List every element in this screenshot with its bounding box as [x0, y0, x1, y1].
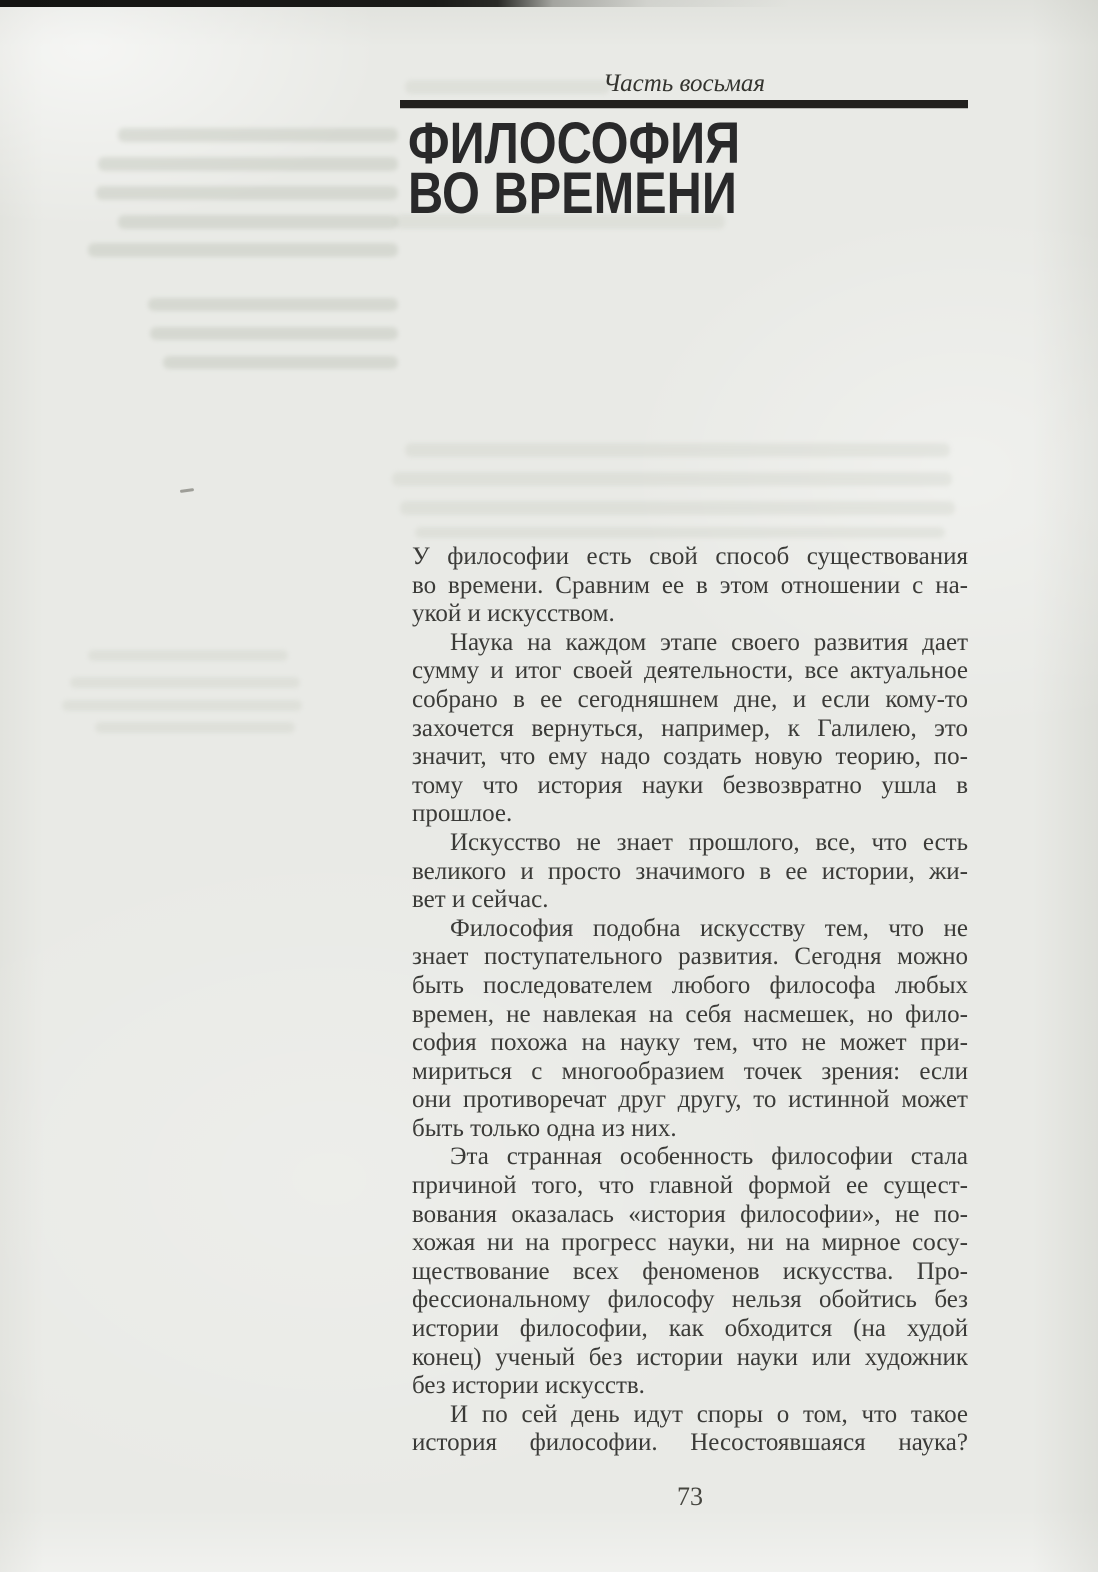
ghost-text-line [70, 677, 300, 688]
text-line: Эта странная особенность философии стала [412, 1143, 968, 1172]
text-line: сумму и итог своей деятельности, все акт… [412, 657, 968, 686]
scanner-edge-band [0, 0, 790, 7]
text-line: хожая ни на прогресс науки, ни на мирное… [412, 1229, 968, 1258]
paragraph: Философия подобна искусству тем, что нез… [412, 915, 968, 1144]
chapter-title: ФИЛОСОФИЯ ВО ВРЕМЕНИ [408, 119, 740, 219]
text-line: И по сей день идут споры о том, что тако… [412, 1401, 968, 1430]
heading-rule [400, 100, 968, 108]
pencil-mark [180, 488, 194, 493]
ghost-text-line [118, 128, 398, 142]
text-line: тому что история науки безвозвратно ушла… [412, 772, 968, 801]
text-line: причиной того, что главной формой ее сущ… [412, 1172, 968, 1201]
text-line: значит, что ему надо создать новую теори… [412, 743, 968, 772]
text-line: быть последователем любого философа любы… [412, 972, 968, 1001]
text-line: без истории искусств. [412, 1372, 968, 1401]
ghost-text-line [95, 722, 295, 733]
page-number: 73 [412, 1482, 968, 1512]
ghost-text-line [392, 472, 952, 486]
text-line: быть только одна из них. [412, 1115, 968, 1144]
body-text: У философии есть свой способ существован… [412, 543, 968, 1458]
text-line: истории философии, как обходится (на худ… [412, 1315, 968, 1344]
ghost-text-line [150, 327, 398, 340]
text-line: во времени. Сравним ее в этом отношении … [412, 572, 968, 601]
paragraph: У философии есть свой способ существован… [412, 543, 968, 629]
text-line: фессиональному философу нельзя обойтись … [412, 1286, 968, 1315]
text-line: вет и сейчас. [412, 886, 968, 915]
text-line: великого и просто значимого в ее истории… [412, 858, 968, 887]
text-line: ществование всех феноменов искусства. Пр… [412, 1258, 968, 1287]
ghost-text-line [98, 157, 398, 171]
text-line: они противоречат друг другу, то истинной… [412, 1086, 968, 1115]
paragraph: Искусство не знает прошлого, все, что ес… [412, 829, 968, 915]
ghost-text-line [148, 298, 398, 311]
ghost-text-line [88, 243, 398, 257]
part-heading: Часть восьмая [400, 70, 968, 97]
text-line: мириться с многообразием точек зрения: е… [412, 1058, 968, 1087]
text-line: захочется вернуться, например, к Галилею… [412, 715, 968, 744]
ghost-text-line [96, 186, 398, 200]
paragraph: Наука на каждом этапе своего развития да… [412, 629, 968, 829]
ghost-text-line [62, 700, 302, 711]
ghost-text-line [400, 501, 955, 515]
text-line: укой и искусством. [412, 600, 968, 629]
text-line: собрано в ее сегодняшнем дне, и если ком… [412, 686, 968, 715]
chapter-title-line-2: ВО ВРЕМЕНИ [408, 169, 740, 219]
text-line: Наука на каждом этапе своего развития да… [412, 629, 968, 658]
text-line: история философии. Несостоявшаяся наука? [412, 1429, 968, 1458]
ghost-text-line [163, 356, 398, 369]
text-line: Философия подобна искусству тем, что не [412, 915, 968, 944]
text-line: вования оказалась «история философии», н… [412, 1201, 968, 1230]
text-line: Искусство не знает прошлого, все, что ес… [412, 829, 968, 858]
ghost-text-line [415, 527, 945, 538]
text-line: У философии есть свой способ существован… [412, 543, 968, 572]
ghost-text-line [405, 443, 950, 457]
text-line: прошлое. [412, 800, 968, 829]
paragraph: И по сей день идут споры о том, что тако… [412, 1401, 968, 1458]
text-line: знает поступательного развития. Сегодня … [412, 943, 968, 972]
text-line: софия похожа на науку тем, что не может … [412, 1029, 968, 1058]
scanned-book-page: Часть восьмая ФИЛОСОФИЯ ВО ВРЕМЕНИ У фил… [0, 0, 1098, 1572]
paragraph: Эта странная особенность философии стала… [412, 1143, 968, 1400]
ghost-text-line [88, 650, 288, 661]
text-line: времен, не навлекая на себя насмешек, но… [412, 1001, 968, 1030]
ghost-text-line [118, 215, 398, 229]
text-line: конец) ученый без истории науки или худо… [412, 1344, 968, 1373]
